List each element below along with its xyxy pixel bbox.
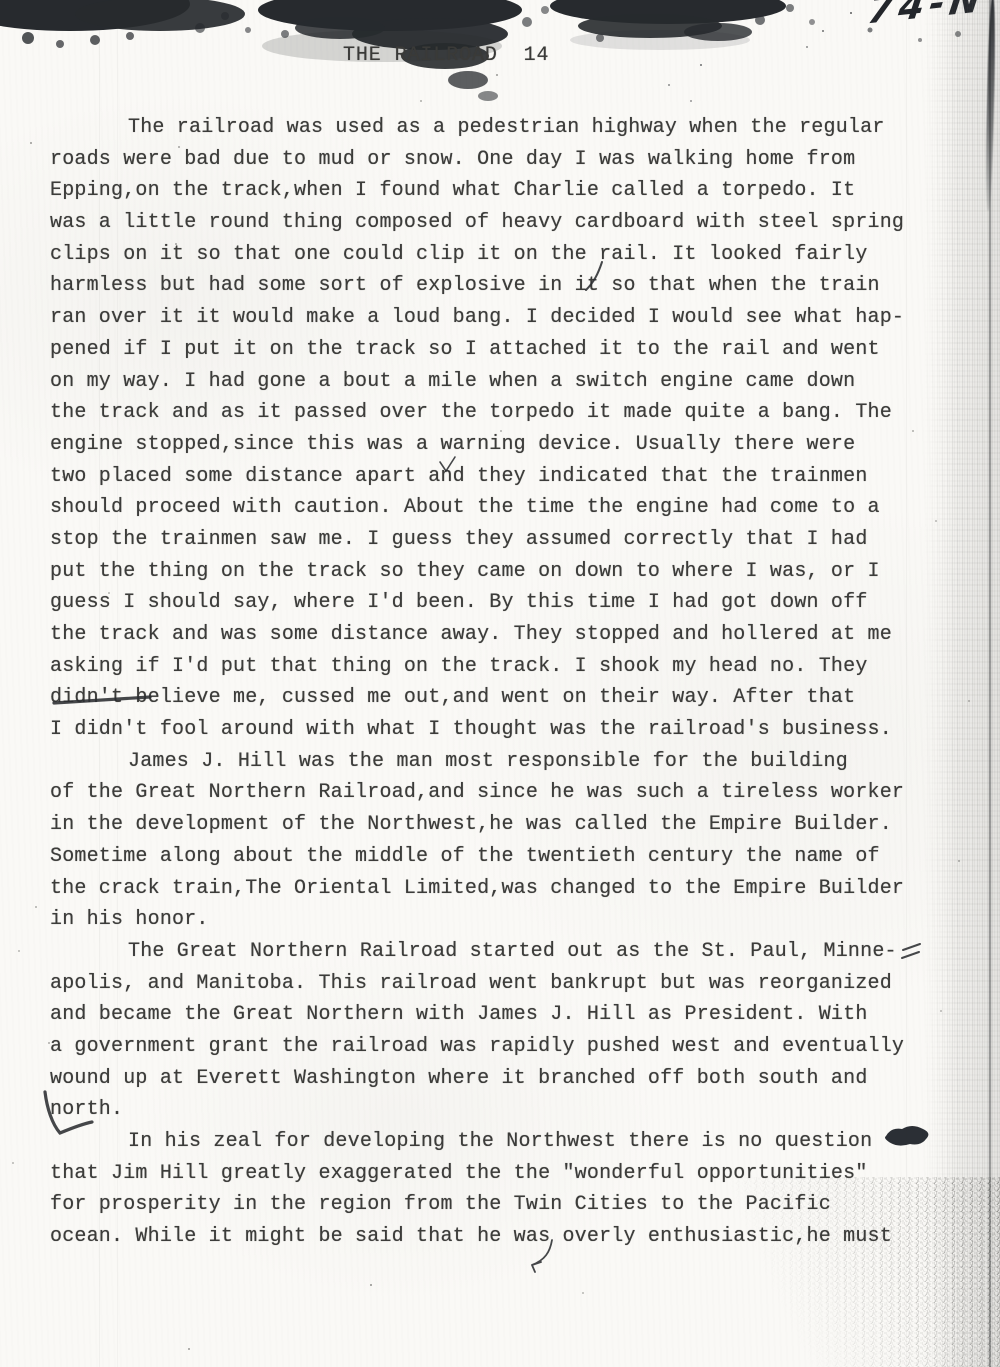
text-line: The Great Northern Railroad started out … bbox=[50, 936, 955, 968]
text-line: in the development of the Northwest,he w… bbox=[50, 809, 955, 841]
document-body: The railroad was used as a pedestrian hi… bbox=[50, 112, 955, 1253]
text-line: clips on it so that one could clip it on… bbox=[50, 239, 955, 271]
page-edge-line bbox=[989, 0, 991, 1367]
page-edge-dark-top bbox=[985, 0, 997, 211]
text-line: a government grant the railroad was rapi… bbox=[50, 1031, 955, 1063]
text-line: put the thing on the track so they came … bbox=[50, 556, 955, 588]
text-line: the track and as it passed over the torp… bbox=[50, 397, 955, 429]
page-title: THE RAILROAD 14 bbox=[343, 44, 549, 67]
text-line: Epping,on the track,when I found what Ch… bbox=[50, 175, 955, 207]
text-line: ran over it it would make a loud bang. I… bbox=[50, 302, 955, 334]
text-line: harmless but had some sort of explosive … bbox=[50, 270, 955, 302]
text-line: roads were bad due to mud or snow. One d… bbox=[50, 144, 955, 176]
text-line: stop the trainmen saw me. I guess they a… bbox=[50, 524, 955, 556]
text-line: of the Great Northern Railroad,and since… bbox=[50, 777, 955, 809]
text-line: I didn't fool around with what I thought… bbox=[50, 714, 955, 746]
text-line: The railroad was used as a pedestrian hi… bbox=[50, 112, 955, 144]
text-line: should proceed with caution. About the t… bbox=[50, 492, 955, 524]
text-line: pened if I put it on the track so I atta… bbox=[50, 334, 955, 366]
text-line: for prosperity in the region from the Tw… bbox=[50, 1189, 955, 1221]
text-line: the crack train,The Oriental Limited,was… bbox=[50, 873, 955, 905]
scanned-page: 74-N THE RAILROAD 14 The railroad was us… bbox=[0, 0, 1000, 1367]
text-line: apolis, and Manitoba. This railroad went… bbox=[50, 968, 955, 1000]
text-line: the track and was some distance away. Th… bbox=[50, 619, 955, 651]
text-line: was a little round thing composed of hea… bbox=[50, 207, 955, 239]
text-line: asking if I'd put that thing on the trac… bbox=[50, 651, 955, 683]
text-line: James J. Hill was the man most responsib… bbox=[50, 746, 955, 778]
text-line: engine stopped,since this was a warning … bbox=[50, 429, 955, 461]
text-line: two placed some distance apart and they … bbox=[50, 461, 955, 493]
text-line: ocean. While it might be said that he wa… bbox=[50, 1221, 955, 1253]
dust-specks bbox=[0, 0, 2, 2]
text-line: wound up at Everett Washington where it … bbox=[50, 1063, 955, 1095]
handwritten-corner-annotation: 74-N bbox=[865, 0, 988, 33]
text-line: guess I should say, where I'd been. By t… bbox=[50, 587, 955, 619]
text-line: on my way. I had gone a bout a mile when… bbox=[50, 366, 955, 398]
text-line: Sometime along about the middle of the t… bbox=[50, 841, 955, 873]
text-line: north. bbox=[50, 1094, 955, 1126]
text-line: didn't believe me, cussed me out,and wen… bbox=[50, 682, 955, 714]
text-line: in his honor. bbox=[50, 904, 955, 936]
text-line: that Jim Hill greatly exaggerated the th… bbox=[50, 1158, 955, 1190]
text-line: and became the Great Northern with James… bbox=[50, 999, 955, 1031]
text-line: In his zeal for developing the Northwest… bbox=[50, 1126, 955, 1158]
